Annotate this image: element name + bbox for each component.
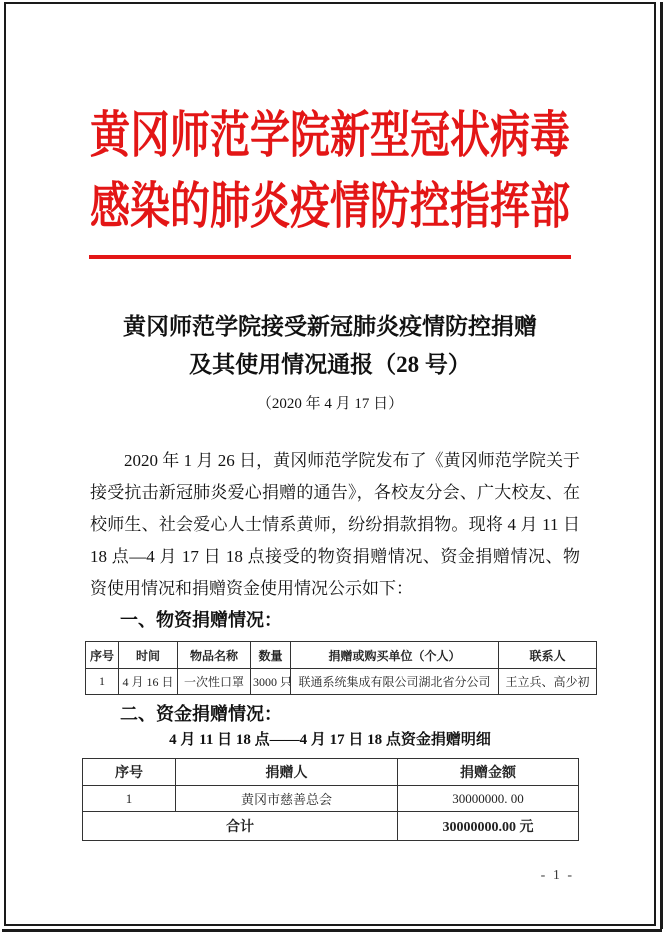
document-title-line1: 黄冈师范学院接受新冠肺炎疫情防控捐赠 (6, 308, 654, 346)
funds-table-subtitle: 4 月 11 日 18 点——4 月 17 日 18 点资金捐赠明细 (6, 732, 654, 749)
section-heading-funds: 二、资金捐赠情况： (120, 703, 654, 725)
table-row: 14 月 16 日一次性口罩3000 只联通系统集成有限公司湖北省分公司王立兵、… (86, 669, 597, 695)
table-header-cell: 序号 (86, 642, 119, 669)
table-cell: 3000 只 (251, 669, 291, 695)
table-header-cell: 数量 (251, 642, 291, 669)
table-cell: 黄冈市慈善总会 (176, 786, 398, 812)
letterhead-line1: 黄冈师范学院新型冠状病毒 (71, 100, 589, 171)
table-cell: 1 (86, 669, 119, 695)
letterhead-line2: 感染的肺炎疫情防控指挥部 (71, 171, 589, 242)
letterhead-title: 黄冈师范学院新型冠状病毒 感染的肺炎疫情防控指挥部 (71, 100, 589, 242)
table-cell: 联通系统集成有限公司湖北省分公司 (291, 669, 499, 695)
section-heading-materials: 一、物资捐赠情况： (120, 609, 654, 631)
document-title-line2: 及其使用情况通报（28 号） (6, 346, 654, 384)
body-paragraph: 2020 年 1 月 26 日，黄冈师范学院发布了《黄冈师范学院关于接受抗击新冠… (90, 445, 580, 605)
table-row: 序号时间物品名称数量捐赠或购买单位（个人）联系人 (86, 642, 597, 669)
table-cell: 王立兵、高少初 (499, 669, 597, 695)
table-cell: 4 月 16 日 (119, 669, 178, 695)
table-header-cell: 捐赠人 (176, 759, 398, 786)
letterhead-divider (89, 255, 571, 259)
document-sheet: 黄冈师范学院新型冠状病毒 感染的肺炎疫情防控指挥部 黄冈师范学院接受新冠肺炎疫情… (4, 2, 656, 926)
funds-donation-table: 序号捐赠人捐赠金额1黄冈市慈善总会30000000. 00合计30000000.… (82, 758, 579, 841)
document-title: 黄冈师范学院接受新冠肺炎疫情防控捐赠 及其使用情况通报（28 号） (6, 308, 654, 384)
table-header-cell: 捐赠金额 (398, 759, 579, 786)
table-row: 1黄冈市慈善总会30000000. 00 (83, 786, 579, 812)
table-cell: 30000000. 00 (398, 786, 579, 812)
total-label-cell: 合计 (83, 812, 398, 841)
document-date: （2020 年 4 月 17 日） (6, 396, 654, 413)
table-header-cell: 时间 (119, 642, 178, 669)
table-cell: 1 (83, 786, 176, 812)
table-header-cell: 序号 (83, 759, 176, 786)
table-row: 合计30000000.00 元 (83, 812, 579, 841)
total-value-cell: 30000000.00 元 (398, 812, 579, 841)
table-header-cell: 捐赠或购买单位（个人） (291, 642, 499, 669)
table-row: 序号捐赠人捐赠金额 (83, 759, 579, 786)
page-edge-bottom (2, 929, 662, 932)
page-number: - 1 - (541, 868, 574, 884)
table-cell: 一次性口罩 (178, 669, 251, 695)
table-header-cell: 联系人 (499, 642, 597, 669)
page-edge-right (660, 2, 663, 929)
table-header-cell: 物品名称 (178, 642, 251, 669)
materials-donation-table: 序号时间物品名称数量捐赠或购买单位（个人）联系人14 月 16 日一次性口罩30… (85, 641, 597, 695)
